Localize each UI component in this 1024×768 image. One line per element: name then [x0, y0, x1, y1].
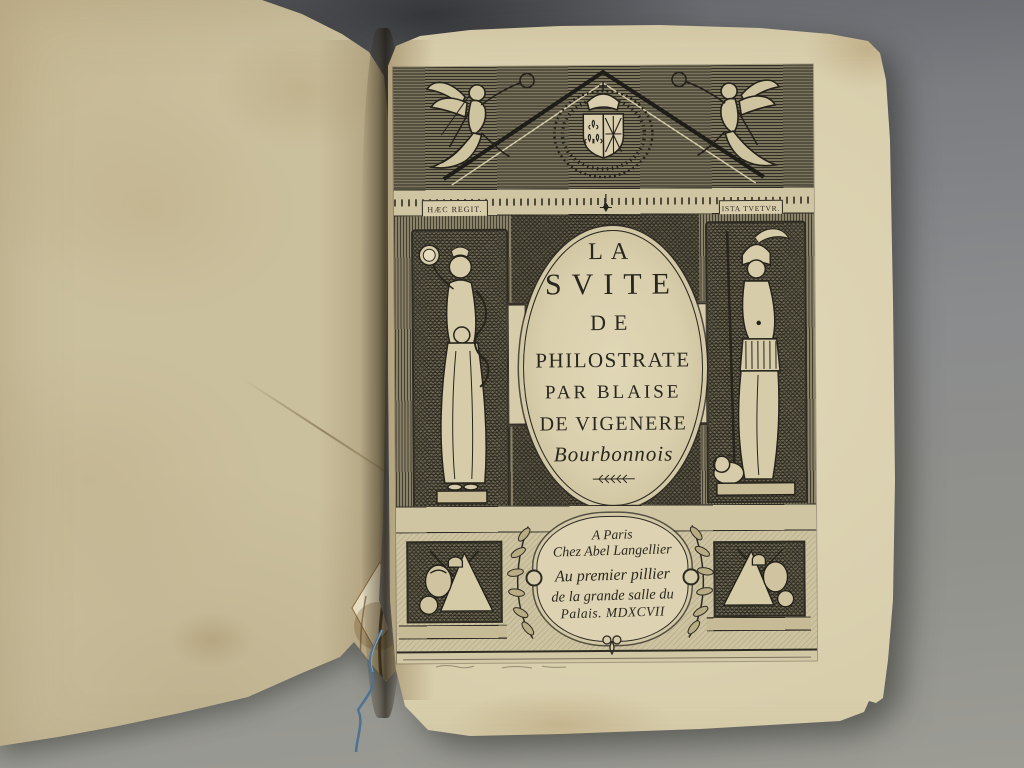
- allegory-left-icon: [413, 231, 508, 509]
- pilaster-right: [697, 214, 816, 512]
- title-line: SVITE: [523, 267, 701, 302]
- title-line: DE VIGENERE: [524, 412, 702, 436]
- base-molding-left: [399, 625, 507, 640]
- title-oval: LA SVITE DE PHILOSTRATE PAR BLAISE DE VI…: [522, 229, 704, 506]
- trophy-left-icon: [406, 541, 503, 624]
- title-line: LA: [523, 238, 701, 266]
- imprint-line: Au premier pillier: [537, 565, 687, 587]
- title-line: Bourbonnois: [525, 441, 703, 467]
- pencil-marks: [432, 662, 572, 672]
- title-line: PHILOSTRATE: [524, 347, 702, 373]
- trophy-right-icon: [713, 541, 806, 618]
- pediment-band: [393, 65, 814, 192]
- sprig-icon: [591, 473, 637, 485]
- pilaster-left: [394, 216, 513, 514]
- angel-right-icon: [665, 69, 786, 180]
- cartouche-scroll-ornament: [601, 632, 623, 658]
- title-line: PAR BLAISE: [524, 381, 702, 404]
- title-page: HÆC REGIT. ISTA TVETVR.: [0, 0, 1024, 768]
- title-line: DE: [524, 309, 702, 336]
- niche-left: [411, 229, 510, 511]
- imprint-line: Chez Abel Langellier: [537, 542, 687, 562]
- base-molding-right: [707, 617, 811, 632]
- imprint-cartouche: A Paris Chez Abel Langellier Au premier …: [536, 515, 689, 642]
- photo-antique-book: HÆC REGIT. ISTA TVETVR.: [0, 0, 1024, 768]
- title-page-paper: HÆC REGIT. ISTA TVETVR.: [0, 0, 1024, 768]
- niche-right: [705, 221, 808, 504]
- plate-ground-line-faint: [403, 657, 811, 661]
- allegory-right-icon: [707, 223, 806, 502]
- engraved-title-frame: HÆC REGIT. ISTA TVETVR.: [393, 65, 817, 664]
- plaque-left-label: HÆC REGIT.: [427, 205, 482, 214]
- royal-arms-icon: [551, 78, 656, 183]
- imprint-line: Palais. MDXCVII: [538, 603, 688, 623]
- blue-thread-icon: [348, 622, 398, 762]
- angel-left-icon: [421, 70, 542, 181]
- plaque-right-label: ISTA TVETVR.: [722, 204, 781, 213]
